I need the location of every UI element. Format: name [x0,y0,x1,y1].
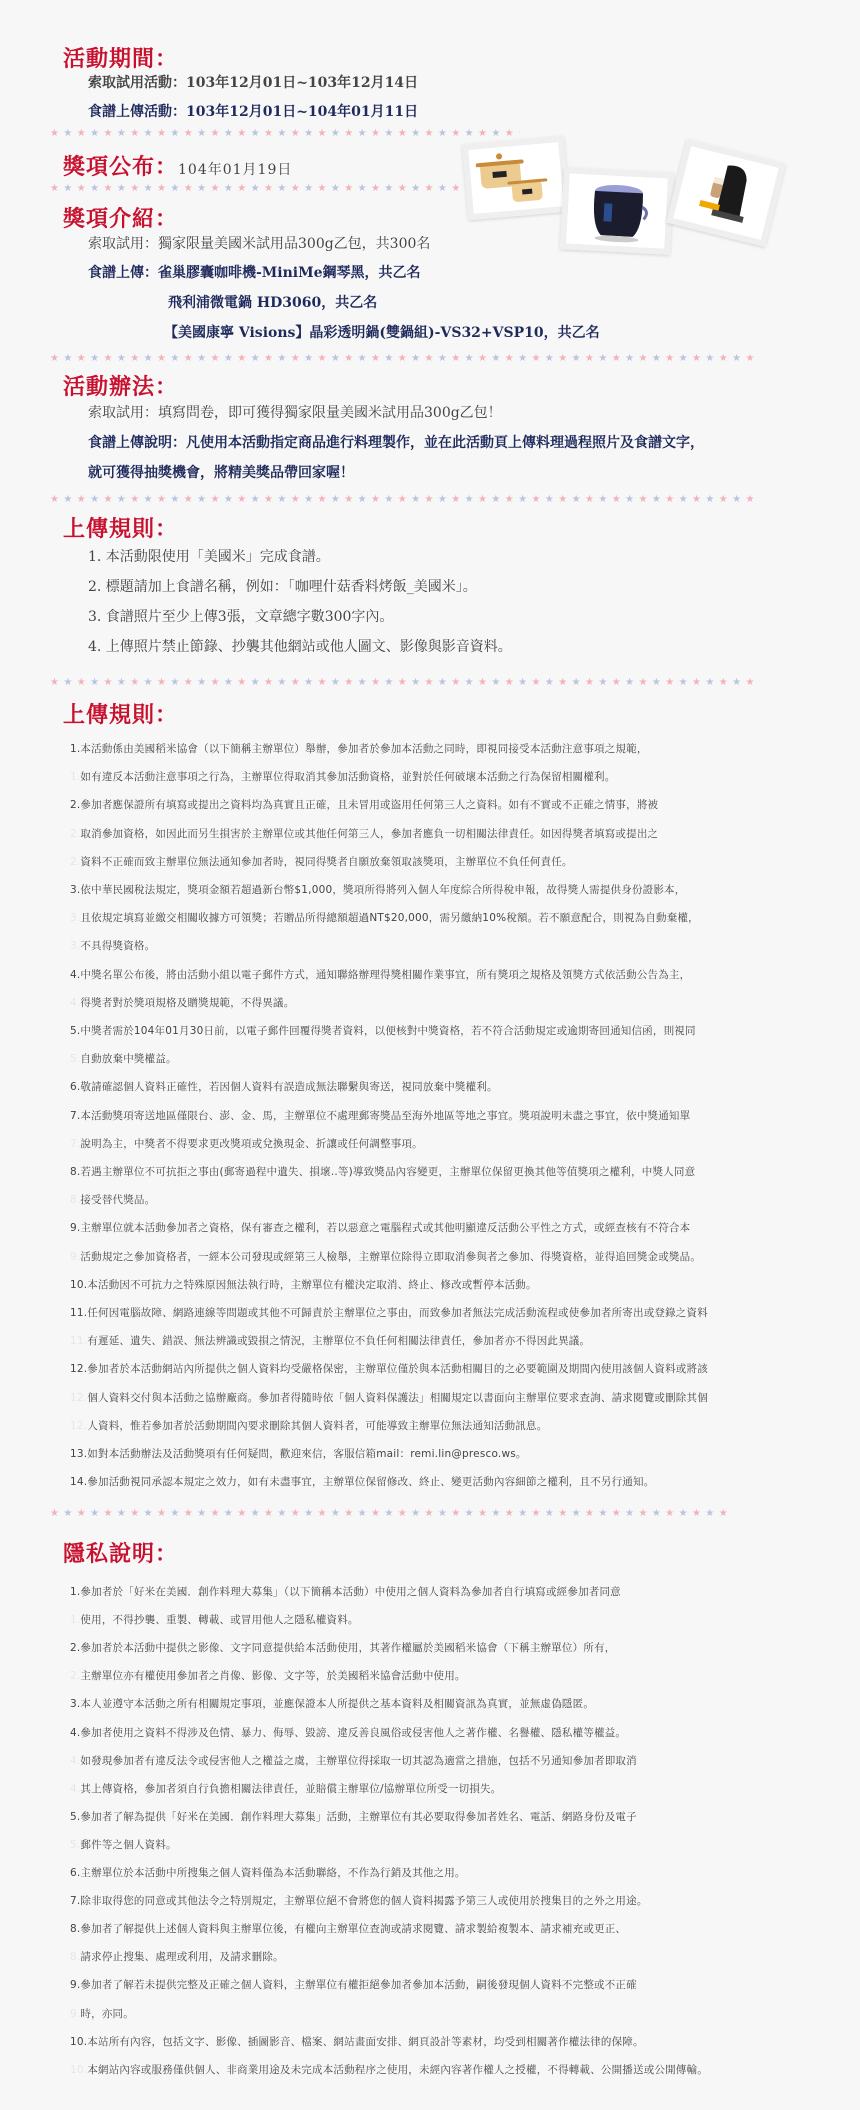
star-icon: ★ [665,494,678,505]
star-icon: ★ [117,128,130,139]
star-icon: ★ [371,1508,384,1519]
star-icon: ★ [264,183,277,194]
star-icon: ★ [384,353,397,364]
star-icon: ★ [451,1508,464,1519]
terms-line: 8.接受替代獎品。 [70,1192,155,1207]
terms-line: 11.任何因電腦故障、網路連線等問題或其他不可歸責於主辦單位之事由，而致參加者無… [70,1305,708,1320]
star-icon: ★ [344,494,357,505]
star-icon: ★ [331,677,344,688]
star-icon: ★ [224,353,237,364]
star-icon: ★ [197,1508,210,1519]
terms-line: 8.若遇主辦單位不可抗拒之事由(郵寄過程中遺失、損壞..等)導致獎品內容變更，主… [70,1164,695,1179]
star-divider: ★★★★★★★★★★★★★★★★★★★★★★★★★★★★★★★★★★★★★★★★… [50,1508,730,1520]
star-icon: ★ [371,183,384,194]
terms-line-text: 13.如對本活動辦法及活動獎項有任何疑問，歡迎來信，客服信箱mail：remi.… [70,1448,527,1460]
star-icon: ★ [451,494,464,505]
star-icon: ★ [277,353,290,364]
star-icon: ★ [77,677,90,688]
star-icon: ★ [344,353,357,364]
star-icon: ★ [438,353,451,364]
upload-rule-item: 4. 上傳照片禁止節錄、抄襲其他網站或他人圖文、影像與影音資料。 [88,636,512,656]
star-icon: ★ [157,494,170,505]
star-icon: ★ [251,128,264,139]
star-icon: ★ [291,353,304,364]
star-icon: ★ [50,494,63,505]
method-trial: 索取試用：填寫問卷，即可獲得獨家限量美國米試用品300g乙包！ [88,402,502,422]
star-icon: ★ [184,128,197,139]
star-icon: ★ [505,677,518,688]
ghost-number: 4. [70,1755,80,1767]
star-icon: ★ [438,677,451,688]
star-icon: ★ [585,677,598,688]
star-icon: ★ [344,128,357,139]
star-icon: ★ [612,494,625,505]
star-divider: ★★★★★★★★★★★★★★★★★★★★★★★★★★★★★★★★★★★★★★★★… [50,353,760,365]
terms-line-text: 如有違反本活動注意事項之行為，主辦單位得取消其參加活動資格，並對於任何破壞本活動… [80,771,615,783]
terms-line: 11.有遲延、遺失、錯誤、無法辨識或毀損之情況，主辦單位不負任何相關法律責任，參… [70,1333,590,1348]
ghost-number: 4. [70,1783,80,1795]
star-icon: ★ [558,1508,571,1519]
star-icon: ★ [465,353,478,364]
star-icon: ★ [144,353,157,364]
star-icon: ★ [211,128,224,139]
star-icon: ★ [505,494,518,505]
privacy-line: 1.使用，不得抄襲、重製、轉載、或冒用他人之隱私權資料。 [70,1612,359,1627]
star-icon: ★ [130,183,143,194]
star-icon: ★ [170,1508,183,1519]
star-icon: ★ [679,353,692,364]
star-icon: ★ [384,677,397,688]
privacy-line-text: 2.參加者於本活動中提供之影像、文字同意提供給本活動使用，其著作權屬於美國稻米協… [70,1642,615,1654]
star-icon: ★ [491,677,504,688]
star-icon: ★ [144,1508,157,1519]
star-icon: ★ [425,128,438,139]
terms-line-text: 12.參加者於本活動網站內所提供之個人資料均受嚴格保密，主辦單位僅於與本活動相關… [70,1363,708,1375]
terms-line-text: 自動放棄中獎權益。 [80,1053,176,1065]
star-icon: ★ [197,353,210,364]
star-icon: ★ [170,183,183,194]
star-icon: ★ [398,128,411,139]
privacy-line: 4.其上傳資格，參加者須自行負擔相關法律責任，並賠償主辦單位/協辦單位所受一切損… [70,1781,501,1796]
star-icon: ★ [491,494,504,505]
star-icon: ★ [104,353,117,364]
star-icon: ★ [692,494,705,505]
star-icon: ★ [130,1508,143,1519]
terms-line-text: 9.主辦單位就本活動參加者之資格，保有審查之權利，若以惡意之電腦程式或其他明顯違… [70,1222,690,1234]
terms-line-text: 10.本活動因不可抗力之特殊原因無法執行時，主辦單位有權決定取消、終止、修改或暫… [70,1279,537,1291]
privacy-line-text: 9.參加者了解若未提供完整及正確之個人資料，主辦單位有權拒絕參加者參加本活動，嗣… [70,1979,637,1991]
privacy-line: 10.本網站內容或服務僅供個人、非商業用途及未完成本活動程序之使用，未經內容著作… [70,2062,708,2077]
star-icon: ★ [318,353,331,364]
visions-cookware-photo [462,136,570,221]
star-icon: ★ [518,677,531,688]
star-icon: ★ [652,1508,665,1519]
terms-line: 2.參加者應保證所有填寫或提出之資料均為真實且正確，且未冒用或盜用任何第三人之資… [70,797,658,812]
prize-trial-value: 獨家限量美國米試用品300g乙包，共300名 [158,236,430,252]
star-icon: ★ [358,128,371,139]
star-icon: ★ [425,494,438,505]
star-icon: ★ [505,1508,518,1519]
star-icon: ★ [50,677,63,688]
star-icon: ★ [518,494,531,505]
star-icon: ★ [251,353,264,364]
star-icon: ★ [398,183,411,194]
prize-upload-item: 【美國康寧 Visions】晶彩透明鍋(雙鍋組)-VS32+VSP10，共乙名 [164,322,600,342]
philips-rice-cooker-photo [560,167,674,255]
star-icon: ★ [411,183,424,194]
star-icon: ★ [398,677,411,688]
star-icon: ★ [665,353,678,364]
star-icon: ★ [277,1508,290,1519]
star-icon: ★ [451,128,464,139]
star-icon: ★ [438,183,451,194]
star-divider: ★★★★★★★★★★★★★★★★★★★★★★★★★★★★★★★★★★★★★★★★… [50,494,760,506]
star-icon: ★ [585,1508,598,1519]
star-icon: ★ [358,353,371,364]
star-icon: ★ [639,353,652,364]
privacy-line: 9.參加者了解若未提供完整及正確之個人資料，主辦單位有權拒絕參加者參加本活動，嗣… [70,1977,637,1992]
star-icon: ★ [358,1508,371,1519]
star-icon: ★ [358,677,371,688]
star-icon: ★ [639,677,652,688]
prize-upload-label: 食譜上傳： [88,265,158,281]
terms-line: 4.得獎者對於獎項規格及贈獎規範，不得異議。 [70,995,294,1010]
terms-line: 5.中獎者需於104年01月30日前，以電子郵件回覆得獎者資料，以便核對中獎資格… [70,1023,696,1038]
upload-rule-item: 3. 食譜照片至少上傳3張，文章總字數300字內。 [88,606,393,626]
star-icon: ★ [90,494,103,505]
star-icon: ★ [398,353,411,364]
star-icon: ★ [425,353,438,364]
star-icon: ★ [184,1508,197,1519]
terms-line-text: 不具得獎資格。 [80,940,155,952]
star-icon: ★ [170,353,183,364]
star-icon: ★ [438,128,451,139]
star-icon: ★ [732,677,745,688]
star-icon: ★ [665,677,678,688]
star-icon: ★ [130,677,143,688]
nescafe-coffee-machine-photo [666,139,786,247]
star-icon: ★ [304,128,317,139]
star-icon: ★ [358,494,371,505]
terms-line-text: 接受替代獎品。 [80,1194,155,1206]
star-icon: ★ [518,1508,531,1519]
star-icon: ★ [344,1508,357,1519]
star-icon: ★ [371,128,384,139]
privacy-line: 8.參加者了解提供上述個人資料與主辦單位後，有權向主辦單位查詢或請求閱覽、請求製… [70,1921,626,1936]
star-icon: ★ [491,353,504,364]
star-icon: ★ [438,1508,451,1519]
star-icon: ★ [411,128,424,139]
upload-period: 食譜上傳活動：103年12月01日~104年01月11日 [88,101,418,121]
privacy-line-text: 主辦單位亦有權使用參加者之肖像、影像、文字等，於美國稻米協會活動中使用。 [80,1670,465,1682]
method-upload-value-cont: 就可獲得抽獎機會，將精美獎品帶回家喔！ [88,462,354,482]
method-trial-label: 索取試用： [88,405,158,421]
method-heading: 活動辦法： [63,370,178,401]
privacy-line-text: 7.除非取得您的同意或其他法令之特別規定，主辦單位絕不會將您的個人資料揭露予第三… [70,1895,648,1907]
star-icon: ★ [465,494,478,505]
star-icon: ★ [211,494,224,505]
star-icon: ★ [237,1508,250,1519]
star-icon: ★ [50,183,63,194]
star-icon: ★ [184,183,197,194]
cookware-illustration [468,142,563,214]
star-icon: ★ [90,183,103,194]
privacy-line: 1.參加者於「好米在美國．創作料理大募集」（以下簡稱本活動）中使用之個人資料為參… [70,1584,621,1599]
ghost-number: 5. [70,1839,80,1851]
terms-line: 3.且依規定填寫並繳交相關收據方可領獎；若贈品所得總額超過NT$20,000，需… [70,910,699,925]
announce-date: 104年01月19日 [178,162,292,178]
star-icon: ★ [117,183,130,194]
period-heading: 活動期間： [63,42,178,73]
upload-rules-heading: 上傳規則： [63,512,178,543]
ghost-number: 1. [70,1614,80,1626]
star-icon: ★ [117,677,130,688]
star-icon: ★ [746,494,759,505]
star-icon: ★ [719,677,732,688]
star-icon: ★ [371,494,384,505]
terms-line: 6.敬請確認個人資料正確性，若因個人資料有誤造成無法聯繫與寄送，視同放棄中獎權利… [70,1079,498,1094]
privacy-line-text: 3.本人並遵守本活動之所有相關規定事項，並應保證本人所提供之基本資料及相關資訊為… [70,1698,594,1710]
star-icon: ★ [371,353,384,364]
star-icon: ★ [478,353,491,364]
star-icon: ★ [451,677,464,688]
coffee-machine-illustration [673,146,778,240]
star-icon: ★ [652,353,665,364]
star-icon: ★ [304,183,317,194]
ghost-number: 2. [70,856,80,868]
star-icon: ★ [665,1508,678,1519]
method-upload: 食譜上傳說明：凡使用本活動指定商品進行料理製作，並在此活動頁上傳料理過程照片及食… [88,432,704,452]
star-icon: ★ [572,1508,585,1519]
privacy-line: 6.主辦單位於本活動中所搜集之個人資料僅為本活動聯絡，不作為行銷及其他之用。 [70,1865,466,1880]
star-icon: ★ [438,494,451,505]
star-icon: ★ [157,677,170,688]
star-icon: ★ [518,353,531,364]
star-icon: ★ [264,1508,277,1519]
terms-line: 2.取消參加資格，如因此而另生損害於主辦單位或其他任何第三人，參加者應負一切相關… [70,826,658,841]
star-icon: ★ [157,183,170,194]
terms-line-text: 5.中獎者需於104年01月30日前，以電子郵件回覆得獎者資料，以便核對中獎資格… [70,1025,696,1037]
star-icon: ★ [77,1508,90,1519]
terms-line: 2.資料不正確而致主辦單位無法通知參加者時，視同得獎者自願放棄領取該獎項，主辦單… [70,854,573,869]
terms-line-text: 活動規定之參加資格者，一經本公司發現或經第三人檢舉，主辦單位除得立即取消參與者之… [80,1251,701,1263]
star-icon: ★ [478,677,491,688]
star-icon: ★ [144,677,157,688]
privacy-line: 8.請求停止搜集、處理或利用，及請求刪除。 [70,1949,284,1964]
star-icon: ★ [732,494,745,505]
star-icon: ★ [304,353,317,364]
star-icon: ★ [77,353,90,364]
star-icon: ★ [344,677,357,688]
star-icon: ★ [679,677,692,688]
star-icon: ★ [384,494,397,505]
privacy-line-text: 1.參加者於「好米在美國．創作料理大募集」（以下簡稱本活動）中使用之個人資料為參… [70,1586,621,1598]
star-icon: ★ [679,1508,692,1519]
star-icon: ★ [411,353,424,364]
terms-line: 3.不具得獎資格。 [70,938,155,953]
terms-line: 12.參加者於本活動網站內所提供之個人資料均受嚴格保密，主辦單位僅於與本活動相關… [70,1361,708,1376]
privacy-line: 5.郵件等之個人資料。 [70,1837,177,1852]
upload-period-value: 103年12月01日~104年01月11日 [186,104,418,120]
star-icon: ★ [104,1508,117,1519]
star-icon: ★ [558,353,571,364]
star-icon: ★ [518,128,520,139]
method-upload-label: 食譜上傳說明： [88,435,186,451]
star-icon: ★ [759,494,760,505]
star-icon: ★ [625,1508,638,1519]
prize-upload-item: 雀巢膠囊咖啡機-MiniMe鋼琴黑，共乙名 [158,265,421,281]
star-icon: ★ [652,494,665,505]
star-icon: ★ [63,494,76,505]
ghost-number: 3. [70,940,80,952]
star-icon: ★ [652,677,665,688]
star-icon: ★ [224,128,237,139]
privacy-line: 5.參加者了解為提供「好米在美國．創作料理大募集」活動，主辦單位有其必要取得參加… [70,1809,637,1824]
terms-line-text: 7.本活動獎項寄送地區僅限台、澎、金、馬，主辦單位不處理郵寄獎品至海外地區等地之… [70,1110,690,1122]
upload-rule-item: 1. 本活動限使用「美國米」完成食譜。 [88,546,330,566]
terms-line: 12.個人資料交付與本活動之協辦廠商。參加者得隨時依「個人資料保護法」相關規定以… [70,1390,708,1405]
ghost-number: 11. [70,1335,87,1347]
trial-period-label: 索取試用活動： [88,75,186,91]
star-icon: ★ [572,677,585,688]
star-icon: ★ [639,494,652,505]
star-icon: ★ [425,677,438,688]
star-icon: ★ [331,183,344,194]
star-icon: ★ [304,1508,317,1519]
star-icon: ★ [532,1508,545,1519]
star-icon: ★ [465,1508,478,1519]
star-icon: ★ [719,353,732,364]
star-icon: ★ [50,1508,63,1519]
star-icon: ★ [344,183,357,194]
star-icon: ★ [612,353,625,364]
terms-line-text: 3.依中華民國稅法規定，獎項金額若超過新台幣$1,000，獎項所得將列入個人年度… [70,884,685,896]
trial-period: 索取試用活動：103年12月01日~103年12月14日 [88,72,418,92]
star-icon: ★ [291,677,304,688]
star-icon: ★ [625,353,638,364]
terms-line: 12.人資料，惟若參加者於活動期間內要求刪除其個人資料者，可能導致主辦單位無法通… [70,1418,547,1433]
star-icon: ★ [558,494,571,505]
star-icon: ★ [318,183,331,194]
star-icon: ★ [759,677,760,688]
star-icon: ★ [505,128,518,139]
star-icon: ★ [291,128,304,139]
terms-line: 1.如有違反本活動注意事項之行為，主辦單位得取消其參加活動資格，並對於任何破壞本… [70,769,615,784]
star-icon: ★ [318,128,331,139]
terms-line-text: 14.參加活動視同承認本規定之效力，如有未盡事宜，主辦單位保留修改、終止、變更活… [70,1476,654,1488]
star-icon: ★ [545,353,558,364]
star-icon: ★ [746,677,759,688]
star-icon: ★ [572,494,585,505]
privacy-line: 10.本站所有內容，包括文字、影像、插圖影音、檔案、網站畫面安排、網頁設計等素材… [70,2034,644,2049]
privacy-line-text: 如發現參加者有違反法令或侵害他人之權益之虞，主辦單位得採取一切其認為適當之措施，… [80,1755,636,1767]
star-icon: ★ [130,353,143,364]
star-icon: ★ [63,183,76,194]
star-icon: ★ [585,353,598,364]
star-icon: ★ [331,128,344,139]
ghost-number: 1. [70,771,80,783]
star-icon: ★ [144,494,157,505]
star-icon: ★ [264,353,277,364]
terms-line: 9.活動規定之參加資格者，一經本公司發現或經第三人檢舉，主辦單位除得立即取消參與… [70,1249,701,1264]
star-icon: ★ [572,353,585,364]
terms-line: 1.本活動係由美國稻米協會（以下簡稱主辦單位）舉辦，參加者於參加本活動之同時，即… [70,741,648,756]
star-icon: ★ [277,128,290,139]
ghost-number: 5. [70,1053,80,1065]
star-icon: ★ [532,494,545,505]
star-icon: ★ [277,494,290,505]
star-icon: ★ [251,183,264,194]
star-icon: ★ [63,128,76,139]
privacy-line-text: 時，亦同。 [80,2008,134,2020]
terms-line: 7.說明為主，中獎者不得要求更改獎項或兌換現金、折讓或任何調整事項。 [70,1136,423,1151]
star-icon: ★ [63,677,76,688]
star-icon: ★ [104,677,117,688]
star-icon: ★ [692,1508,705,1519]
terms-line: 4.中獎名單公布後，將由活動小組以電子郵件方式，通知聯絡辦理得獎相關作業事宜，所… [70,967,690,982]
star-icon: ★ [532,677,545,688]
ghost-number: 12. [70,1420,87,1432]
star-icon: ★ [211,1508,224,1519]
star-icon: ★ [157,128,170,139]
terms-line-text: 2.參加者應保證所有填寫或提出之資料均為真實且正確，且未冒用或盜用任何第三人之資… [70,799,658,811]
star-icon: ★ [170,128,183,139]
star-icon: ★ [170,677,183,688]
star-icon: ★ [398,1508,411,1519]
star-icon: ★ [251,677,264,688]
ghost-number: 3. [70,912,80,924]
prize-upload: 食譜上傳：雀巢膠囊咖啡機-MiniMe鋼琴黑，共乙名 [88,262,421,282]
star-icon: ★ [585,494,598,505]
terms-line-text: 有遲延、遺失、錯誤、無法辨識或毀損之情況，主辦單位不負任何相關法律責任，參加者亦… [87,1335,590,1347]
star-icon: ★ [291,183,304,194]
star-icon: ★ [197,183,210,194]
ghost-number: 2. [70,1670,80,1682]
ghost-number: 12. [70,1392,87,1404]
star-icon: ★ [304,494,317,505]
star-icon: ★ [144,128,157,139]
terms-line-text: 資料不正確而致主辦單位無法通知參加者時，視同得獎者自願放棄領取該獎項，主辦單位不… [80,856,572,868]
star-icon: ★ [104,494,117,505]
star-icon: ★ [197,128,210,139]
star-icon: ★ [117,494,130,505]
privacy-heading: 隱私說明： [63,1537,178,1568]
prizes-heading: 獎項介紹： [63,202,178,233]
star-icon: ★ [104,183,117,194]
star-icon: ★ [505,353,518,364]
star-icon: ★ [612,677,625,688]
ghost-number: 7. [70,1138,80,1150]
star-icon: ★ [184,677,197,688]
star-icon: ★ [491,1508,504,1519]
privacy-line-text: 8.參加者了解提供上述個人資料與主辦單位後，有權向主辦單位查詢或請求閱覽、請求製… [70,1923,626,1935]
terms-line-text: 8.若遇主辦單位不可抗拒之事由(郵寄過程中遺失、損壞..等)導致獎品內容變更，主… [70,1166,695,1178]
star-icon: ★ [384,1508,397,1519]
prize-trial: 索取試用：獨家限量美國米試用品300g乙包，共300名 [88,233,430,253]
star-icon: ★ [170,494,183,505]
terms-line: 9.主辦單位就本活動參加者之資格，保有審查之權利，若以惡意之電腦程式或其他明顯違… [70,1220,690,1235]
upload-period-label: 食譜上傳活動： [88,104,186,120]
star-icon: ★ [705,677,718,688]
terms-line-text: 個人資料交付與本活動之協辦廠商。參加者得隨時依「個人資料保護法」相關規定以書面向… [87,1392,708,1404]
privacy-line-text: 10.本站所有內容，包括文字、影像、插圖影音、檔案、網站畫面安排、網頁設計等素材… [70,2036,644,2048]
star-icon: ★ [291,1508,304,1519]
star-icon: ★ [411,1508,424,1519]
star-icon: ★ [545,494,558,505]
star-icon: ★ [251,494,264,505]
terms-line-text: 4.中獎名單公布後，將由活動小組以電子郵件方式，通知聯絡辦理得獎相關作業事宜，所… [70,969,690,981]
star-icon: ★ [558,677,571,688]
